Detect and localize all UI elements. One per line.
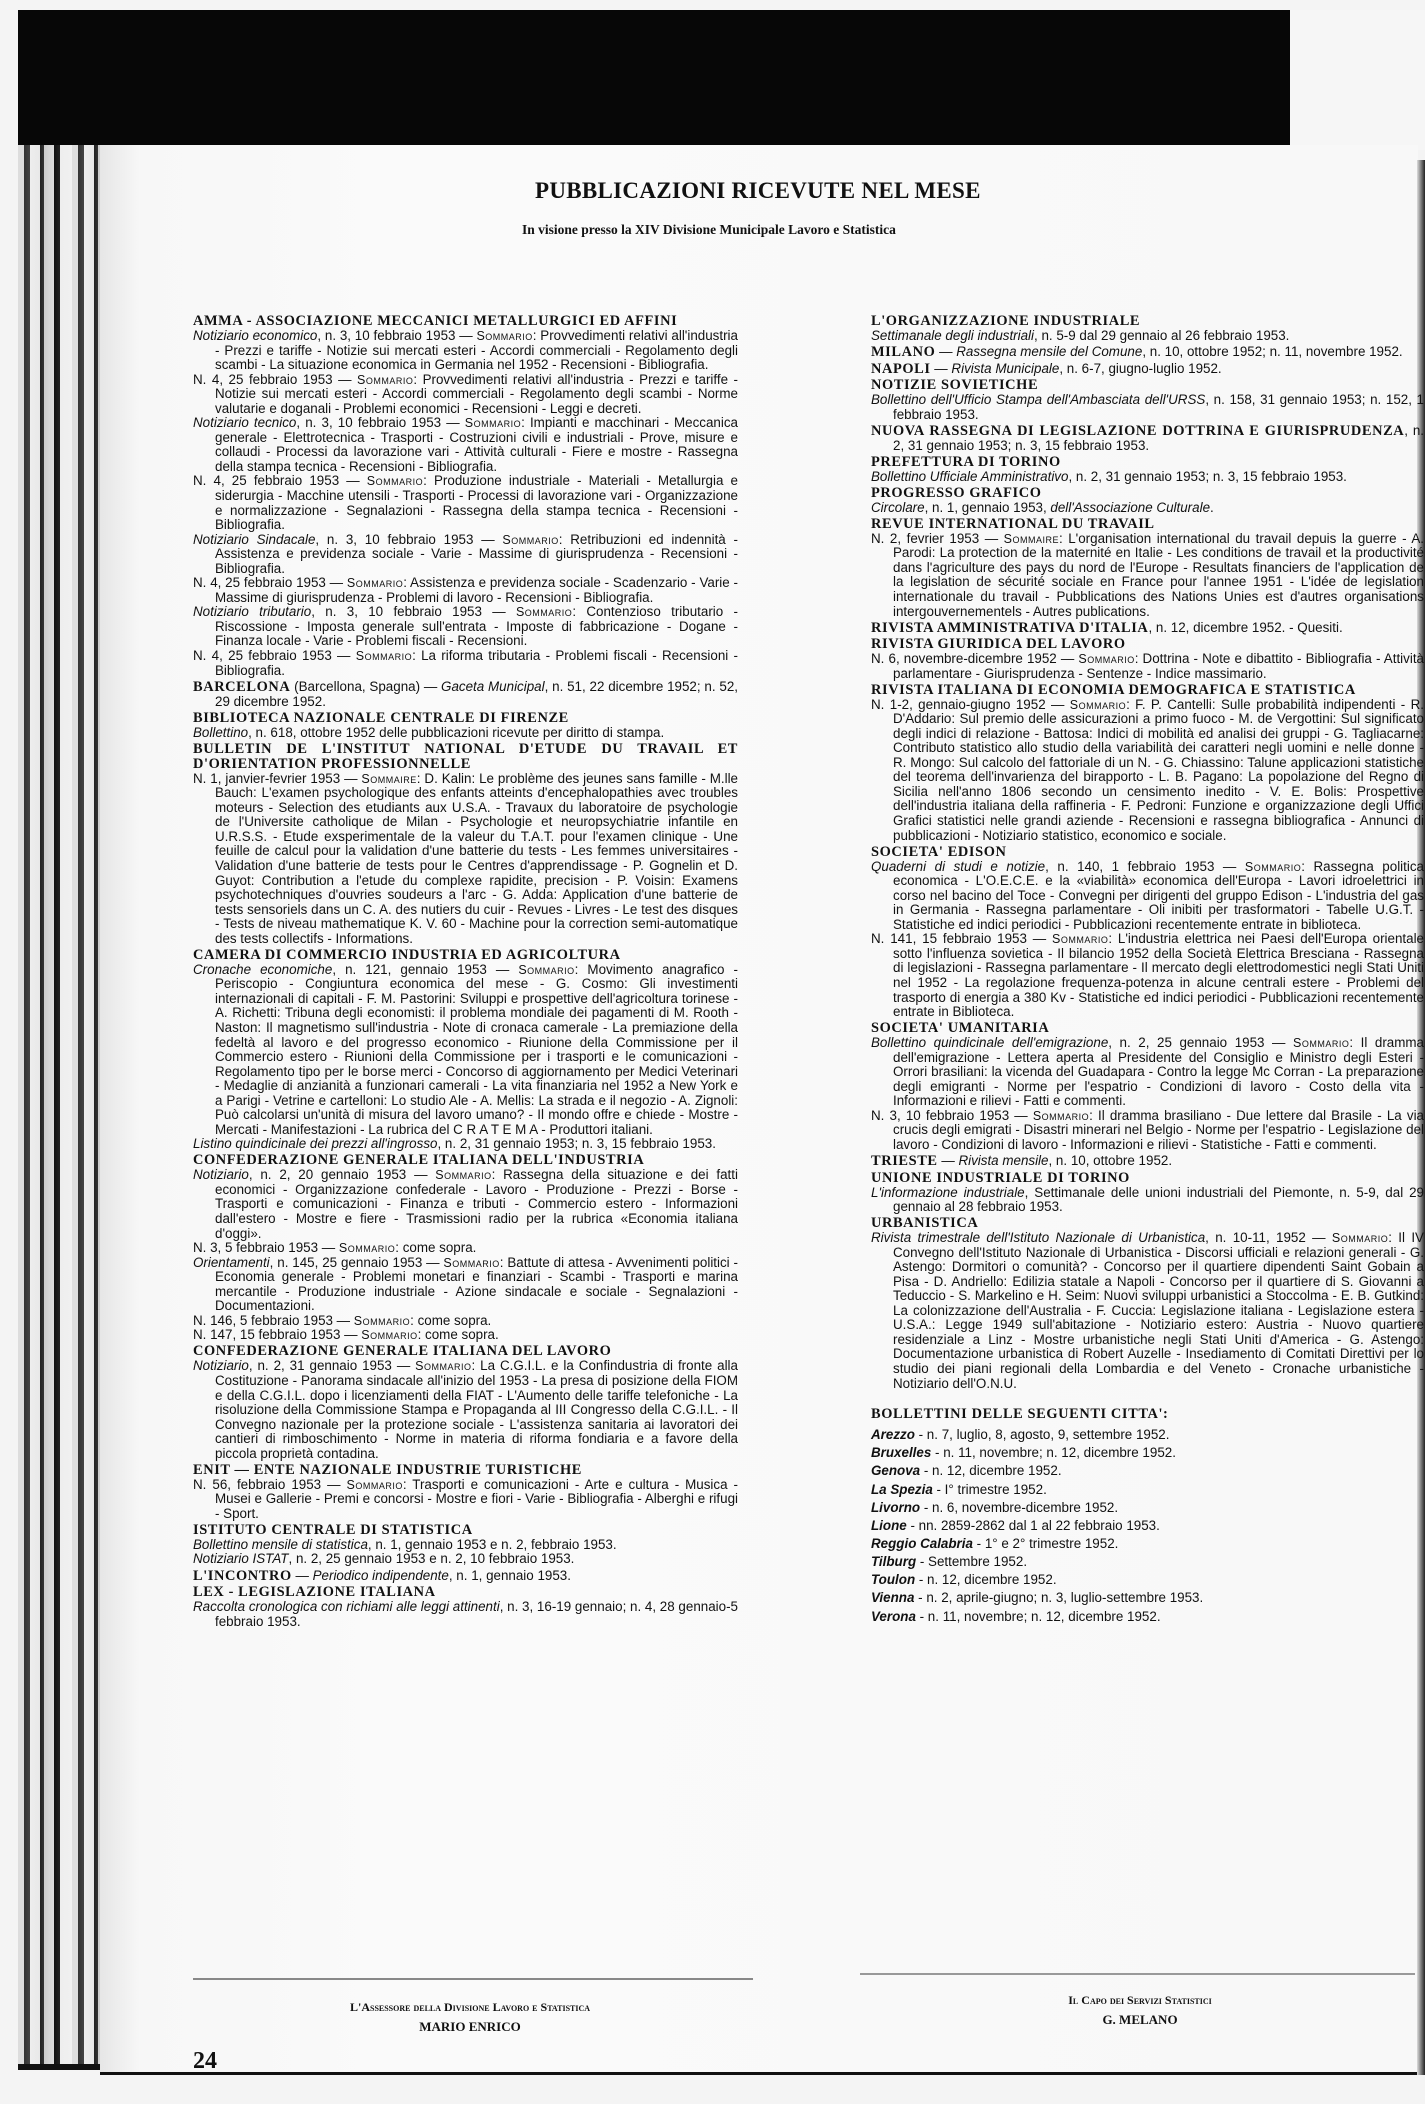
publication-details: , n. 2, 31 gennaio 1953; n. 3, 15 febbra… bbox=[437, 1136, 715, 1151]
catalog-entry: CAMERA DI COMMERCIO INDUSTRIA ED AGRICOL… bbox=[193, 948, 738, 1152]
publication-item: Quaderni di studi e notizie, n. 140, 1 f… bbox=[871, 860, 1424, 933]
publication-details: , n. 12, dicembre 1952. - Quesiti. bbox=[1148, 620, 1342, 635]
right-signature-title: Il Capo dei Servizi Statistici bbox=[1010, 1993, 1270, 2008]
summary-label: Sommario bbox=[1052, 932, 1108, 946]
city-bulletin-detail: - n. 11, novembre; n. 12, dicembre 1952. bbox=[931, 1445, 1176, 1460]
publication-details: — bbox=[292, 1568, 313, 1583]
publication-title: Notiziario Sindacale bbox=[193, 532, 315, 547]
summary-label: Sommario bbox=[476, 329, 532, 343]
publication-details: , n. 2, 20 gennaio 1953 — bbox=[249, 1167, 435, 1182]
summary-label: Sommario bbox=[1070, 698, 1126, 712]
city-name: Arezzo bbox=[871, 1427, 915, 1442]
city-bulletin-detail: - n. 7, luglio, 8, agosto, 9, settembre … bbox=[915, 1427, 1170, 1442]
publication-title: Bollettino bbox=[193, 725, 248, 740]
organization-name: REVUE INTERNATIONAL DU TRAVAIL bbox=[871, 517, 1424, 532]
catalog-entry: RIVISTA GIURIDICA DEL LAVORON. 6, novemb… bbox=[871, 637, 1424, 681]
entry-line: TRIESTE — Rivista mensile, n. 10, ottobr… bbox=[871, 1154, 1424, 1169]
city-name: Bruxelles bbox=[871, 1445, 931, 1460]
organization-name: URBANISTICA bbox=[871, 1216, 1424, 1231]
publication-title: Bollettino mensile di statistica bbox=[193, 1537, 368, 1552]
entry-line: BARCELONA (Barcellona, Spagna) — Gaceta … bbox=[193, 680, 738, 710]
summary-label: Sommaire bbox=[1004, 532, 1059, 546]
publication-title: Raccolta cronologica con richiami alle l… bbox=[193, 1599, 500, 1614]
publication-item: Bollettino, n. 618, ottobre 1952 delle p… bbox=[193, 726, 738, 741]
publication-item: Bollettino dell'Ufficio Stampa dell'Amba… bbox=[871, 393, 1424, 422]
organization-name: RIVISTA GIURIDICA DEL LAVORO bbox=[871, 637, 1424, 652]
publication-title: Gaceta Municipal bbox=[441, 679, 545, 694]
organization-name: NUOVA RASSEGNA DI LEGISLAZIONE DOTTRINA … bbox=[871, 423, 1404, 439]
organization-name: MILANO bbox=[871, 344, 935, 360]
summary-label: Sommario bbox=[1332, 1231, 1388, 1245]
publication-details: , n. 10-11, 1952 — bbox=[1205, 1230, 1332, 1245]
publication-details: N. 147, 15 febbraio 1953 — bbox=[193, 1327, 361, 1342]
organization-name: RIVISTA AMMINISTRATIVA D'ITALIA bbox=[871, 620, 1148, 636]
catalog-entry: TRIESTE — Rivista mensile, n. 10, ottobr… bbox=[871, 1154, 1424, 1169]
summary-label: Sommario bbox=[415, 1359, 471, 1373]
catalog-entry: NAPOLI — Rivista Municipale, n. 6-7, giu… bbox=[871, 362, 1424, 377]
catalog-entry: L'ORGANIZZAZIONE INDUSTRIALESettimanale … bbox=[871, 314, 1424, 344]
publication-details: , n. 2, 25 gennaio 1953 — bbox=[1108, 1035, 1293, 1050]
publication-details: — bbox=[931, 361, 952, 376]
publication-item: Notiziario, n. 2, 31 gennaio 1953 — Somm… bbox=[193, 1359, 738, 1461]
publication-item: Cronache economiche, n. 121, gennaio 195… bbox=[193, 963, 738, 1138]
organization-name: L'INCONTRO bbox=[193, 1568, 292, 1584]
publication-details: , n. 3, 10 febbraio 1953 — bbox=[315, 532, 502, 547]
publication-details: — bbox=[935, 344, 956, 359]
publication-details: , n. 1, gennaio 1953 e n. 2, febbraio 19… bbox=[368, 1537, 617, 1552]
publication-issue: , n. 6-7, giugno-luglio 1952. bbox=[1059, 361, 1221, 376]
publication-title: Notiziario bbox=[193, 1358, 249, 1373]
summary-label: Sommario bbox=[502, 533, 558, 547]
publication-item: N. 1-2, gennaio-giugno 1952 — Sommario: … bbox=[871, 698, 1424, 843]
publication-details: N. 3, 5 febbraio 1953 — bbox=[193, 1240, 339, 1255]
publication-title: Circolare bbox=[871, 500, 925, 515]
catalog-entry: NUOVA RASSEGNA DI LEGISLAZIONE DOTTRINA … bbox=[871, 424, 1424, 454]
catalog-entry: CONFEDERAZIONE GENERALE ITALIANA DELL'IN… bbox=[193, 1153, 738, 1343]
publication-item: Bollettino quindicinale dell'emigrazione… bbox=[871, 1036, 1424, 1109]
catalog-entry: AMMA - ASSOCIAZIONE MECCANICI METALLURGI… bbox=[193, 314, 738, 678]
city-bulletin-detail: - I° trimestre 1952. bbox=[933, 1482, 1047, 1497]
publication-item: Orientamenti, n. 145, 25 gennaio 1953 — … bbox=[193, 1256, 738, 1314]
publication-details: N. 146, 5 febbraio 1953 — bbox=[193, 1313, 354, 1328]
city-bulletins-heading: BOLLETTINI DELLE SEGUENTI CITTA': bbox=[871, 1407, 1424, 1422]
organization-name: LEX - LEGISLAZIONE ITALIANA bbox=[193, 1585, 738, 1600]
city-bulletin-detail: - Settembre 1952. bbox=[916, 1554, 1027, 1569]
publication-title: Listino quindicinale dei prezzi all'ingr… bbox=[193, 1136, 437, 1151]
publication-item: N. 4, 25 febbraio 1953 — Sommario: Produ… bbox=[193, 474, 738, 532]
organization-name: BIBLIOTECA NAZIONALE CENTRALE DI FIRENZE bbox=[193, 711, 738, 726]
publication-item: N. 6, novembre-dicembre 1952 — Sommario:… bbox=[871, 652, 1424, 681]
summary-label: Sommario bbox=[516, 605, 572, 619]
summary-text: : come sopra. bbox=[410, 1313, 491, 1328]
summary-label: Sommario bbox=[347, 576, 403, 590]
city-bulletin-item: Genova - n. 12, dicembre 1952. bbox=[871, 1464, 1424, 1479]
city-bulletin-item: Verona - n. 11, novembre; n. 12, dicembr… bbox=[871, 1610, 1424, 1625]
publication-item: N. 4, 25 febbraio 1953 — Sommario: Assis… bbox=[193, 576, 738, 605]
city-name: Genova bbox=[871, 1463, 920, 1478]
publication-details: N. 141, 15 febbraio 1953 — bbox=[871, 931, 1052, 946]
publication-title: Settimanale degli industriali bbox=[871, 328, 1034, 343]
page-number: 24 bbox=[193, 2048, 217, 2075]
organization-name: RIVISTA ITALIANA DI ECONOMIA DEMOGRAFICA… bbox=[871, 683, 1424, 698]
publication-details: , n. 140, 1 febbraio 1953 — bbox=[1045, 859, 1245, 874]
publication-title: Rivista Municipale bbox=[951, 361, 1059, 376]
organization-name: BULLETIN DE L'INSTITUT NATIONAL D'ETUDE … bbox=[193, 742, 738, 772]
publication-item: Raccolta cronologica con richiami alle l… bbox=[193, 1600, 738, 1629]
publication-item: N. 2, fevrier 1953 — Sommaire: L'organis… bbox=[871, 532, 1424, 619]
publication-item: Notiziario ISTAT, n. 2, 25 gennaio 1953 … bbox=[193, 1552, 738, 1567]
catalog-entry: URBANISTICARivista trimestrale dell'Isti… bbox=[871, 1216, 1424, 1391]
organization-name: ENIT — ENTE NAZIONALE INDUSTRIE TURISTIC… bbox=[193, 1463, 738, 1478]
publication-title: Notiziario economico bbox=[193, 328, 317, 343]
city-bulletin-detail: - 1° e 2° trimestre 1952. bbox=[973, 1536, 1118, 1551]
catalog-entry: RIVISTA AMMINISTRATIVA D'ITALIA, n. 12, … bbox=[871, 621, 1424, 636]
organization-name: PREFETTURA DI TORINO bbox=[871, 455, 1424, 470]
city-bulletin-detail: - nn. 2859-2862 dal 1 al 22 febbraio 195… bbox=[907, 1518, 1160, 1533]
entry-line: L'INCONTRO — Periodico indipendente, n. … bbox=[193, 1569, 738, 1584]
summary-text: : come sopra. bbox=[418, 1327, 499, 1342]
city-bulletin-detail: - n. 2, aprile-giugno; n. 3, luglio-sett… bbox=[914, 1590, 1203, 1605]
entry-line: NAPOLI — Rivista Municipale, n. 6-7, giu… bbox=[871, 362, 1424, 377]
publication-details: , n. 3, 10 febbraio 1953 — bbox=[317, 328, 476, 343]
entry-line: RIVISTA AMMINISTRATIVA D'ITALIA, n. 12, … bbox=[871, 621, 1424, 636]
publication-details: , n. 3, 10 febbraio 1953 — bbox=[296, 415, 464, 430]
publication-item: N. 141, 15 febbraio 1953 — Sommario: L'i… bbox=[871, 932, 1424, 1019]
publication-details: , n. 3, 10 febbraio 1953 — bbox=[311, 604, 516, 619]
left-signature-title: L'Assessore della Divisione Lavoro e Sta… bbox=[290, 2000, 650, 2015]
catalog-entry: BIBLIOTECA NAZIONALE CENTRALE DI FIRENZE… bbox=[193, 711, 738, 741]
publication-item: L'informazione industriale, Settimanale … bbox=[871, 1186, 1424, 1215]
page-subtitle: In visione presso la XIV Divisione Munic… bbox=[522, 222, 896, 238]
scan-dark-border-top bbox=[18, 10, 1318, 145]
city-name: Verona bbox=[871, 1609, 916, 1624]
right-signature-name: G. MELANO bbox=[1010, 2012, 1270, 2028]
publication-details: N. 4, 25 febbraio 1953 — bbox=[193, 575, 347, 590]
summary-text: : come sopra. bbox=[395, 1240, 476, 1255]
publication-issue: , n. 10, ottobre 1952; n. 11, novembre 1… bbox=[1142, 344, 1402, 359]
catalog-entry: L'INCONTRO — Periodico indipendente, n. … bbox=[193, 1569, 738, 1584]
summary-label: Sommario bbox=[346, 1478, 402, 1492]
summary-label: Sommaire bbox=[361, 772, 416, 786]
city-name: La Spezia bbox=[871, 1482, 933, 1497]
catalog-entry: BULLETIN DE L'INSTITUT NATIONAL D'ETUDE … bbox=[193, 742, 738, 947]
publication-item: Notiziario tecnico, n. 3, 10 febbraio 19… bbox=[193, 416, 738, 474]
summary-label: Sommario bbox=[339, 1241, 395, 1255]
publication-item: Settimanale degli industriali, n. 5-9 da… bbox=[871, 329, 1424, 344]
organization-name: NOTIZIE SOVIETICHE bbox=[871, 378, 1424, 393]
publication-details: N. 4, 25 febbraio 1953 — bbox=[193, 473, 367, 488]
catalog-entry: SOCIETA' EDISONQuaderni di studi e notiz… bbox=[871, 845, 1424, 1020]
publication-item: N. 4, 25 febbraio 1953 — Sommario: Provv… bbox=[193, 373, 738, 417]
publication-title: Rassegna mensile del Comune bbox=[956, 344, 1142, 359]
publication-title: Bollettino Ufficiale Amministrativo bbox=[871, 469, 1068, 484]
publication-details: N. 2, fevrier 1953 — bbox=[871, 531, 1004, 546]
city-bulletin-item: Toulon - n. 12, dicembre 1952. bbox=[871, 1573, 1424, 1588]
publication-item: N. 4, 25 febbraio 1953 — Sommario: La ri… bbox=[193, 649, 738, 678]
footer-divider-left bbox=[193, 1978, 753, 1980]
entry-line: MILANO — Rassegna mensile del Comune, n.… bbox=[871, 345, 1424, 360]
city-name: Toulon bbox=[871, 1572, 915, 1587]
publication-item: N. 3, 5 febbraio 1953 — Sommario: come s… bbox=[193, 1241, 738, 1256]
organization-name: SOCIETA' UMANITARIA bbox=[871, 1021, 1424, 1036]
city-bulletin-item: Tilburg - Settembre 1952. bbox=[871, 1555, 1424, 1570]
summary-label: Sommario bbox=[1078, 652, 1134, 666]
publication-title: Notiziario ISTAT bbox=[193, 1551, 289, 1566]
publication-issue: , n. 1, gennaio 1953. bbox=[449, 1568, 571, 1583]
publication-details: , n. 2, 25 gennaio 1953 e n. 2, 10 febbr… bbox=[289, 1551, 575, 1566]
city-bulletin-item: Vienna - n. 2, aprile-giugno; n. 3, lugl… bbox=[871, 1591, 1424, 1606]
publication-issue: . bbox=[1210, 500, 1214, 515]
entry-line: NUOVA RASSEGNA DI LEGISLAZIONE DOTTRINA … bbox=[871, 424, 1424, 454]
publication-item: Rivista trimestrale dell'Istituto Nazion… bbox=[871, 1231, 1424, 1391]
organization-name: ISTITUTO CENTRALE DI STATISTICA bbox=[193, 1523, 738, 1538]
publication-item: N. 146, 5 febbraio 1953 — Sommario: come… bbox=[193, 1314, 738, 1329]
publication-item: Listino quindicinale dei prezzi all'ingr… bbox=[193, 1137, 738, 1152]
city-bulletin-item: Lione - nn. 2859-2862 dal 1 al 22 febbra… bbox=[871, 1519, 1424, 1534]
catalog-entry: CONFEDERAZIONE GENERALE ITALIANA DEL LAV… bbox=[193, 1344, 738, 1461]
catalog-entry: UNIONE INDUSTRIALE DI TORINOL'informazio… bbox=[871, 1171, 1424, 1215]
publication-item: Bollettino mensile di statistica, n. 1, … bbox=[193, 1538, 738, 1553]
publication-details: N. 3, 10 febbraio 1953 — bbox=[871, 1108, 1033, 1123]
publication-title: Notiziario tributario bbox=[193, 604, 311, 619]
publication-title: Bollettino quindicinale dell'emigrazione bbox=[871, 1035, 1108, 1050]
publication-details: , n. 1, gennaio 1953, bbox=[925, 500, 1051, 515]
publication-details: , n. 618, ottobre 1952 delle pubblicazio… bbox=[248, 725, 664, 740]
catalog-entry: PROGRESSO GRAFICOCircolare, n. 1, gennai… bbox=[871, 486, 1424, 516]
organization-name: CONFEDERAZIONE GENERALE ITALIANA DEL LAV… bbox=[193, 1344, 738, 1359]
organization-name: CAMERA DI COMMERCIO INDUSTRIA ED AGRICOL… bbox=[193, 948, 738, 963]
footer-divider-right bbox=[860, 1973, 1415, 1975]
publication-title: L'informazione industriale bbox=[871, 1185, 1025, 1200]
publication-details: N. 4, 25 febbraio 1953 — bbox=[193, 372, 357, 387]
publication-details: N. 6, novembre-dicembre 1952 — bbox=[871, 651, 1078, 666]
left-column: AMMA - ASSOCIAZIONE MECCANICI METALLURGI… bbox=[193, 314, 738, 1631]
summary-text: : D. Kalin: Le problème des jeunes sans … bbox=[215, 771, 738, 946]
organization-name: CONFEDERAZIONE GENERALE ITALIANA DELL'IN… bbox=[193, 1153, 738, 1168]
summary-label: Sommario bbox=[435, 1168, 491, 1182]
catalog-entry: RIVISTA ITALIANA DI ECONOMIA DEMOGRAFICA… bbox=[871, 683, 1424, 843]
city-bulletin-item: Reggio Calabria - 1° e 2° trimestre 1952… bbox=[871, 1537, 1424, 1552]
publication-item: N. 3, 10 febbraio 1953 — Sommario: Il dr… bbox=[871, 1109, 1424, 1153]
summary-label: Sommario bbox=[361, 1328, 417, 1342]
city-name: Reggio Calabria bbox=[871, 1536, 973, 1551]
city-name: Vienna bbox=[871, 1590, 914, 1605]
summary-label: Sommario bbox=[357, 373, 413, 387]
city-bulletin-item: Arezzo - n. 7, luglio, 8, agosto, 9, set… bbox=[871, 1428, 1424, 1443]
publication-item: Notiziario Sindacale, n. 3, 10 febbraio … bbox=[193, 533, 738, 577]
publication-title: Cronache economiche bbox=[193, 962, 332, 977]
catalog-entry: SOCIETA' UMANITARIABollettino quindicina… bbox=[871, 1021, 1424, 1152]
organization-name: BARCELONA bbox=[193, 679, 290, 695]
summary-label: Sommario bbox=[1293, 1036, 1349, 1050]
summary-text: : Movimento anagrafico - Periscopio - Co… bbox=[215, 962, 738, 1137]
publication-title: Bollettino dell'Ufficio Stampa dell'Amba… bbox=[871, 392, 1205, 407]
catalog-entry: BARCELONA (Barcellona, Spagna) — Gaceta … bbox=[193, 680, 738, 710]
summary-text: : La C.G.I.L. e la Confindustria di fron… bbox=[215, 1358, 738, 1460]
publication-title: Periodico indipendente bbox=[313, 1568, 449, 1583]
publication-title: Notiziario bbox=[193, 1167, 249, 1182]
publication-details: , n. 121, gennaio 1953 — bbox=[332, 962, 518, 977]
publication-details: N. 56, febbraio 1953 — bbox=[193, 1477, 346, 1492]
catalog-entry: REVUE INTERNATIONAL DU TRAVAILN. 2, fevr… bbox=[871, 517, 1424, 619]
city-bulletin-item: La Spezia - I° trimestre 1952. bbox=[871, 1483, 1424, 1498]
city-bulletin-detail: - n. 12, dicembre 1952. bbox=[915, 1572, 1056, 1587]
city-bulletin-detail: - n. 11, novembre; n. 12, dicembre 1952. bbox=[916, 1609, 1161, 1624]
left-signature-name: MARIO ENRICO bbox=[290, 2019, 650, 2035]
publication-item: Notiziario, n. 2, 20 gennaio 1953 — Somm… bbox=[193, 1168, 738, 1241]
summary-label: Sommario bbox=[1245, 860, 1301, 874]
catalog-entry: PREFETTURA DI TORINOBollettino Ufficiale… bbox=[871, 455, 1424, 485]
organization-name: UNIONE INDUSTRIALE DI TORINO bbox=[871, 1171, 1424, 1186]
summary-label: Sommario bbox=[354, 1314, 410, 1328]
publication-details: — bbox=[938, 1153, 959, 1168]
publication-item: Circolare, n. 1, gennaio 1953, dell'Asso… bbox=[871, 501, 1424, 516]
page-title: PUBBLICAZIONI RICEVUTE NEL MESE bbox=[535, 178, 981, 204]
publication-title: Orientamenti bbox=[193, 1255, 270, 1270]
scan-light-corner bbox=[1290, 10, 1425, 150]
publication-details: , n. 5-9 dal 29 gennaio al 26 febbraio 1… bbox=[1034, 328, 1289, 343]
publication-item: Bollettino Ufficiale Amministrativo, n. … bbox=[871, 470, 1424, 485]
summary-label: Sommario bbox=[443, 1256, 499, 1270]
publication-details: N. 4, 25 febbraio 1953 — bbox=[193, 648, 356, 663]
publication-details: , n. 2, 31 gennaio 1953 — bbox=[249, 1358, 415, 1373]
publication-title: Rivista trimestrale dell'Istituto Nazion… bbox=[871, 1230, 1205, 1245]
organization-name: PROGRESSO GRAFICO bbox=[871, 486, 1424, 501]
publication-title: Quaderni di studi e notizie bbox=[871, 859, 1045, 874]
organization-name: SOCIETA' EDISON bbox=[871, 845, 1424, 860]
summary-label: Sommario bbox=[1033, 1109, 1089, 1123]
summary-text: : Il IV Convegno dell'Istituto Nazionale… bbox=[893, 1230, 1424, 1390]
publication-subtitle: dell'Associazione Culturale bbox=[1050, 500, 1210, 515]
city-bulletin-item: Livorno - n. 6, novembre-dicembre 1952. bbox=[871, 1501, 1424, 1516]
catalog-entry: LEX - LEGISLAZIONE ITALIANARaccolta cron… bbox=[193, 1585, 738, 1629]
city-name: Lione bbox=[871, 1518, 907, 1533]
publication-details: , n. 2, 31 gennaio 1953; n. 3, 15 febbra… bbox=[1068, 469, 1346, 484]
publication-details: N. 1, janvier-fevrier 1953 — bbox=[193, 771, 361, 786]
publication-item: N. 1, janvier-fevrier 1953 — Sommaire: D… bbox=[193, 772, 738, 947]
catalog-entry: MILANO — Rassegna mensile del Comune, n.… bbox=[871, 345, 1424, 360]
publication-title: Notiziario tecnico bbox=[193, 415, 296, 430]
summary-label: Sommario bbox=[518, 963, 574, 977]
organization-name: AMMA - ASSOCIAZIONE MECCANICI METALLURGI… bbox=[193, 314, 738, 329]
organization-name: NAPOLI bbox=[871, 361, 931, 377]
publication-details: , n. 145, 25 gennaio 1953 — bbox=[270, 1255, 444, 1270]
catalog-entry: NOTIZIE SOVIETICHEBollettino dell'Uffici… bbox=[871, 378, 1424, 422]
publication-item: N. 147, 15 febbraio 1953 — Sommario: com… bbox=[193, 1328, 738, 1343]
publication-issue: , n. 10, ottobre 1952. bbox=[1048, 1153, 1172, 1168]
organization-name: TRIESTE bbox=[871, 1153, 938, 1169]
publication-details: N. 1-2, gennaio-giugno 1952 — bbox=[871, 697, 1070, 712]
city-name: Livorno bbox=[871, 1500, 920, 1515]
publication-item: Notiziario economico, n. 3, 10 febbraio … bbox=[193, 329, 738, 373]
publication-details: (Barcellona, Spagna) — bbox=[290, 679, 441, 694]
publication-item: Notiziario tributario, n. 3, 10 febbraio… bbox=[193, 605, 738, 649]
catalog-entry: ENIT — ENTE NAZIONALE INDUSTRIE TURISTIC… bbox=[193, 1463, 738, 1522]
catalog-entry: ISTITUTO CENTRALE DI STATISTICABollettin… bbox=[193, 1523, 738, 1567]
city-bulletin-detail: - n. 12, dicembre 1952. bbox=[920, 1463, 1061, 1478]
publication-item: N. 56, febbraio 1953 — Sommario: Traspor… bbox=[193, 1478, 738, 1522]
summary-label: Sommario bbox=[356, 649, 412, 663]
right-column: L'ORGANIZZAZIONE INDUSTRIALESettimanale … bbox=[871, 314, 1424, 1628]
summary-label: Sommario bbox=[465, 416, 521, 430]
city-bulletin-item: Bruxelles - n. 11, novembre; n. 12, dice… bbox=[871, 1446, 1424, 1461]
city-bulletin-detail: - n. 6, novembre-dicembre 1952. bbox=[920, 1500, 1118, 1515]
city-name: Tilburg bbox=[871, 1554, 916, 1569]
summary-text: : F. P. Cantelli: Sulle probabilità indi… bbox=[893, 697, 1424, 843]
summary-label: Sommario bbox=[367, 474, 423, 488]
organization-name: L'ORGANIZZAZIONE INDUSTRIALE bbox=[871, 314, 1424, 329]
publication-title: Rivista mensile bbox=[958, 1153, 1048, 1168]
